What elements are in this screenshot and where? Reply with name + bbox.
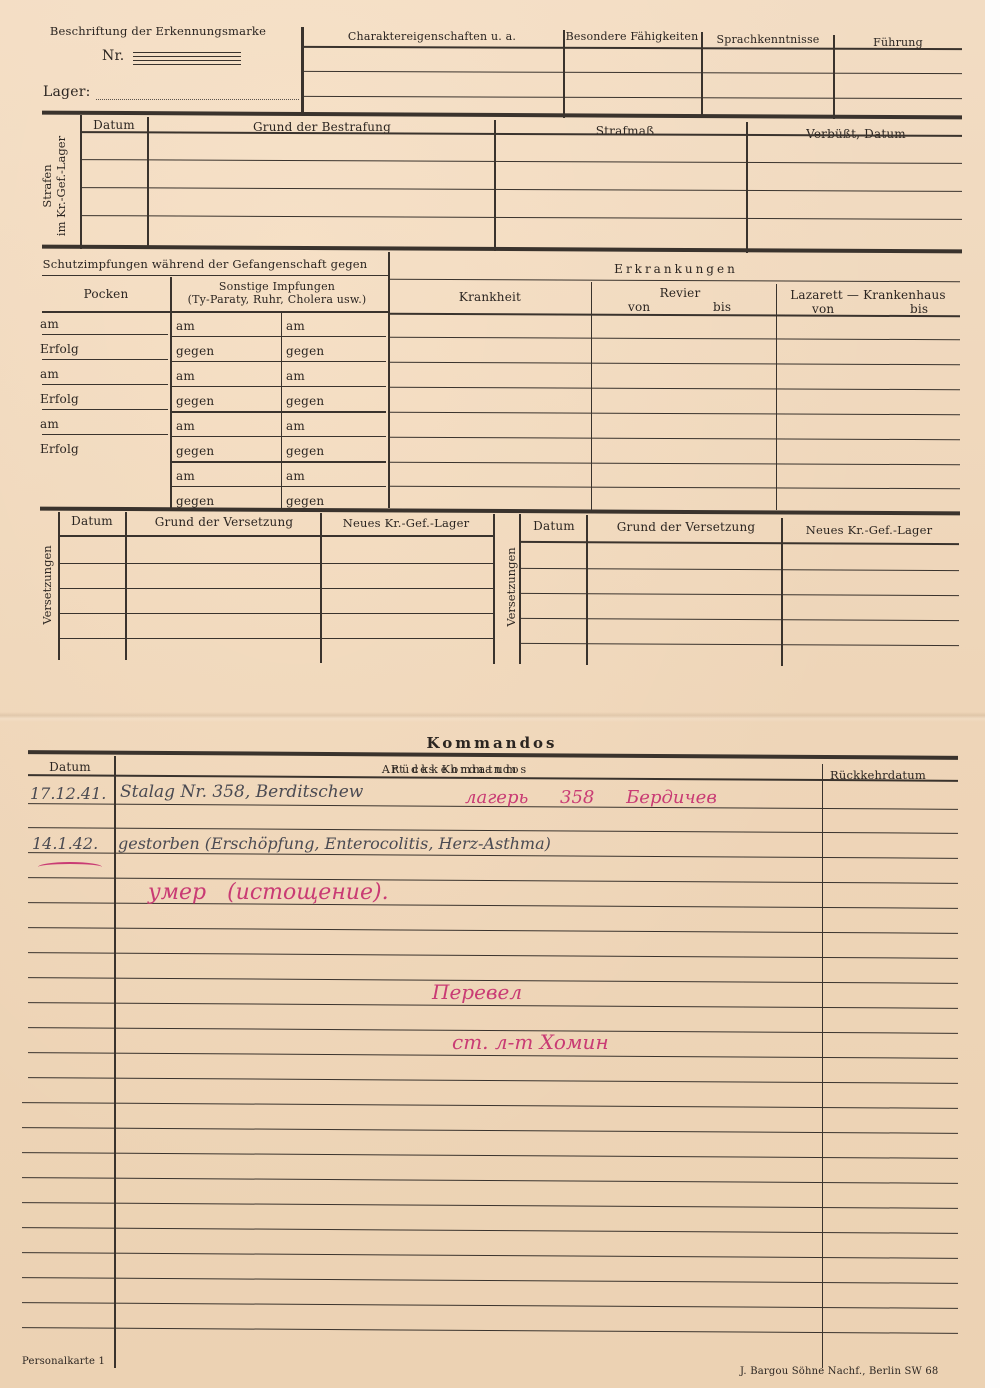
vaccinations-other-header-1: Sonstige Impfungen — [219, 280, 335, 293]
other-row-2b: gegen — [286, 344, 324, 358]
punishments-col-penalty: Strafmaß — [596, 124, 655, 138]
transfers-right-col-date: Datum — [533, 519, 575, 533]
kommando-entry-1-date: 17.12.41. — [30, 784, 106, 803]
printer-imprint: J. Bargou Söhne Nachf., Berlin SW 68 — [740, 1366, 939, 1377]
other-row-7b: am — [286, 469, 305, 483]
punishments-col-date: Datum — [93, 118, 135, 132]
other-row-6a: gegen — [176, 444, 214, 458]
other-row-5a: am — [176, 419, 195, 433]
vaccinations-title: Schutzimpfungen während der Gefangenscha… — [43, 257, 368, 271]
other-row-5b: am — [286, 419, 305, 433]
red-note-translated: Перевел — [432, 980, 522, 1004]
transfers-right-col-camp: Neues Kr.-Gef.-Lager — [806, 523, 933, 537]
pocken-row-6: Erfolg — [40, 442, 79, 456]
transfers-side-label-left: Versetzungen — [40, 530, 54, 640]
other-row-4b: gegen — [286, 394, 324, 408]
form-number: Personalkarte 1 — [22, 1356, 105, 1367]
kommando-entry-2-text: gestorben (Erschöpfung, Enterocolitis, H… — [118, 834, 551, 853]
lager-label: Lager: — [43, 84, 91, 100]
transfers-left-col-reason: Grund der Versetzung — [155, 515, 294, 529]
other-row-3a: am — [176, 369, 195, 383]
illnesses-revier-from: von — [628, 300, 650, 314]
other-row-3b: am — [286, 369, 305, 383]
illnesses-hospital-to: bis — [910, 302, 928, 316]
red-underline-mark — [38, 862, 102, 872]
paper-fold — [0, 712, 985, 722]
other-row-1b: am — [286, 319, 305, 333]
tag-section-title: Beschriftung der Erkennungsmarke — [50, 24, 266, 38]
illnesses-col-revier: Revier — [660, 286, 701, 300]
header-col-abilities: Besondere Fähigkeiten — [566, 30, 699, 43]
transfers-left-col-date: Datum — [71, 514, 113, 528]
illnesses-title: Erkrankungen — [614, 262, 738, 276]
illnesses-revier-to: bis — [713, 300, 731, 314]
transfers-left-col-camp: Neues Kr.-Gef.-Lager — [343, 516, 470, 530]
nr-lines — [133, 52, 241, 67]
nr-label: Nr. — [102, 48, 124, 64]
other-row-7a: am — [176, 469, 195, 483]
kommandos-col-type-label: Art des Kommandos — [382, 763, 528, 776]
other-row-6b: gegen — [286, 444, 324, 458]
transfers-side-label-right: Versetzungen — [504, 532, 518, 642]
red-note-signature: ст. л-т Хомин — [452, 1030, 609, 1054]
other-row-1a: am — [176, 319, 195, 333]
kommandos-col-date: Datum — [49, 760, 91, 774]
kommando-entry-1-annotation: лагерь 358 Бердичев — [465, 787, 717, 808]
other-row-2a: gegen — [176, 344, 214, 358]
other-row-8a: gegen — [176, 494, 214, 508]
document-page: Beschriftung der Erkennungsmarke Nr. Lag… — [0, 0, 985, 1388]
punishments-side-label: Strafen im Kr.-Gef.-Lager — [40, 122, 68, 250]
illnesses-col-disease: Krankheit — [459, 290, 521, 304]
other-row-4a: gegen — [176, 394, 214, 408]
illnesses-col-hospital: Lazarett — Krankenhaus — [790, 288, 946, 302]
pocken-row-2: Erfolg — [40, 342, 79, 356]
lager-field[interactable] — [96, 99, 299, 100]
header-col-character: Charaktereigenschaften u. a. — [348, 30, 516, 43]
kommandos-title: Kommandos — [426, 734, 557, 752]
vaccinations-other-header-2: (Ty-Paraty, Ruhr, Cholera usw.) — [188, 293, 367, 306]
pocken-row-4: Erfolg — [40, 392, 79, 406]
kommando-entry-1-text: Stalag Nr. 358, Berditschew — [120, 782, 363, 802]
header-col-languages: Sprachkenntnisse — [716, 33, 819, 46]
vaccinations-pocken-header: Pocken — [84, 287, 129, 301]
red-note-died: умер (истощение). — [148, 880, 389, 905]
other-row-8b: gegen — [286, 494, 324, 508]
pocken-row-5: am — [40, 417, 59, 431]
pocken-row-1: am — [40, 317, 59, 331]
pocken-row-3: am — [40, 367, 59, 381]
scan-edge — [985, 0, 1000, 1388]
kommando-entry-2-date: 14.1.42. — [32, 834, 98, 853]
transfers-right-col-reason: Grund der Versetzung — [617, 520, 756, 534]
